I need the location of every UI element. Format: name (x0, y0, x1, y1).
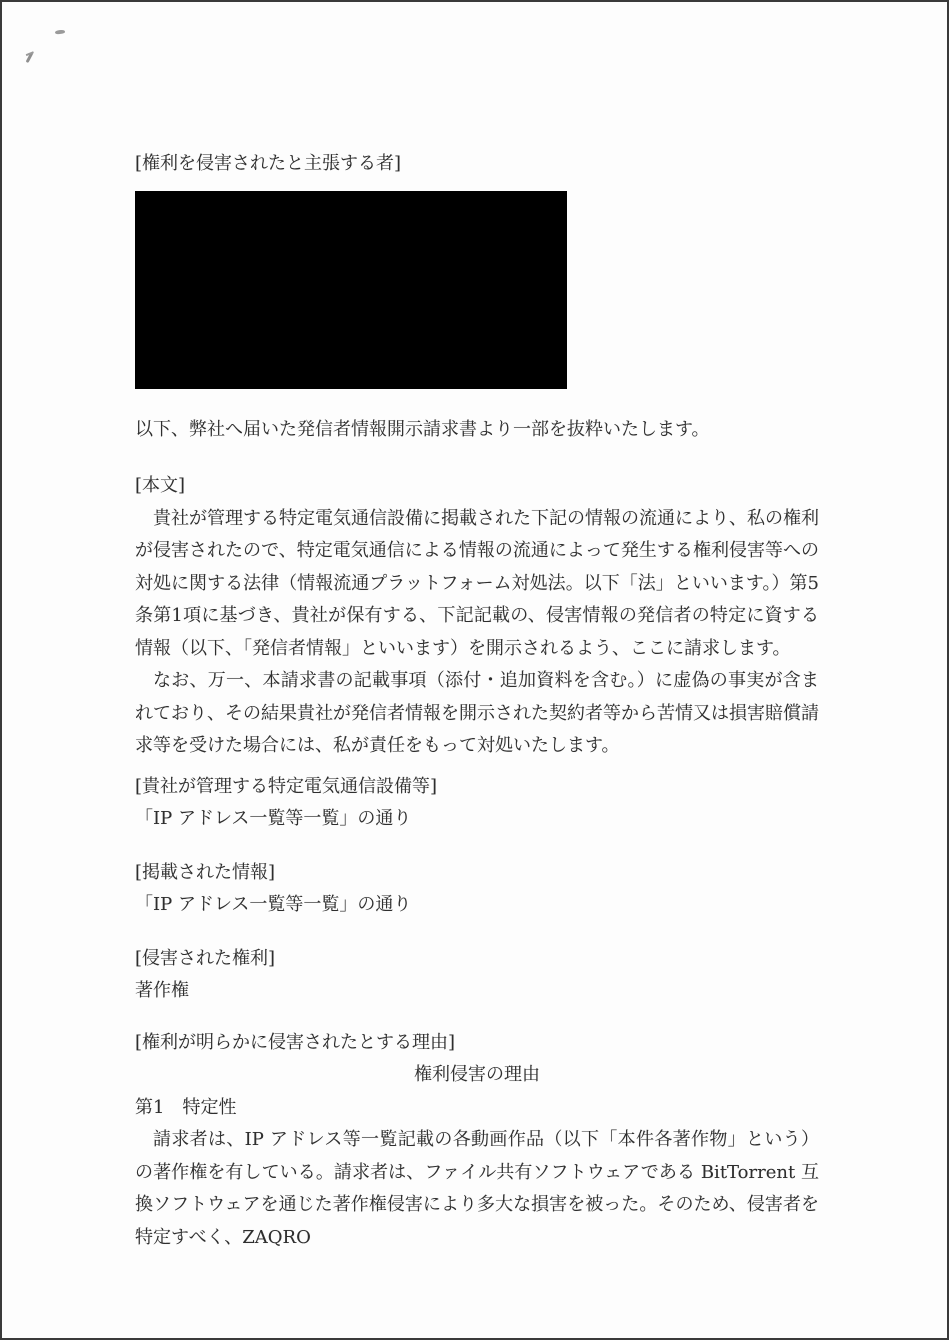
reason-section-label: [権利が明らかに侵害されたとする理由] (135, 1027, 819, 1060)
scan-speck (26, 52, 34, 63)
scanned-page: [権利を侵害されたと主張する者] 以下、弊社へ届いた発信者情報開示請求書より一部… (0, 0, 949, 1340)
section1-paragraph: 請求者は、IP アドレス等一覧記載の各動画作品（以下「本件各著作物」という）の著… (135, 1124, 819, 1254)
infringed-right-value: 著作権 (135, 975, 819, 1008)
document-content: [権利を侵害されたと主張する者] 以下、弊社へ届いた発信者情報開示請求書より一部… (135, 2, 819, 1254)
facility-section-label: [貴社が管理する特定電気通信設備等] (135, 771, 819, 804)
section1-heading: 第1 特定性 (135, 1092, 819, 1125)
body-paragraph-1: 貴社が管理する特定電気通信設備に掲載された下記の情報の流通により、私の権利が侵害… (135, 503, 819, 666)
intro-line: 以下、弊社へ届いた発信者情報開示請求書より一部を抜粋いたします。 (135, 414, 819, 447)
facility-value: 「IP アドレス一覧等一覧」の通り (135, 803, 819, 836)
posted-info-section-label: [掲載された情報] (135, 857, 819, 890)
scan-speck (55, 29, 65, 34)
reason-title: 権利侵害の理由 (135, 1059, 819, 1092)
body-paragraph-2: なお、万一、本請求書の記載事項（添付・追加資料を含む。）に虚偽の事実が含まれてお… (135, 665, 819, 763)
posted-info-value: 「IP アドレス一覧等一覧」の通り (135, 889, 819, 922)
body-section-label: [本文] (135, 470, 819, 503)
redacted-block (135, 191, 567, 389)
infringed-right-section-label: [侵害された権利] (135, 943, 819, 976)
claimant-section-label: [権利を侵害されたと主張する者] (135, 148, 819, 181)
